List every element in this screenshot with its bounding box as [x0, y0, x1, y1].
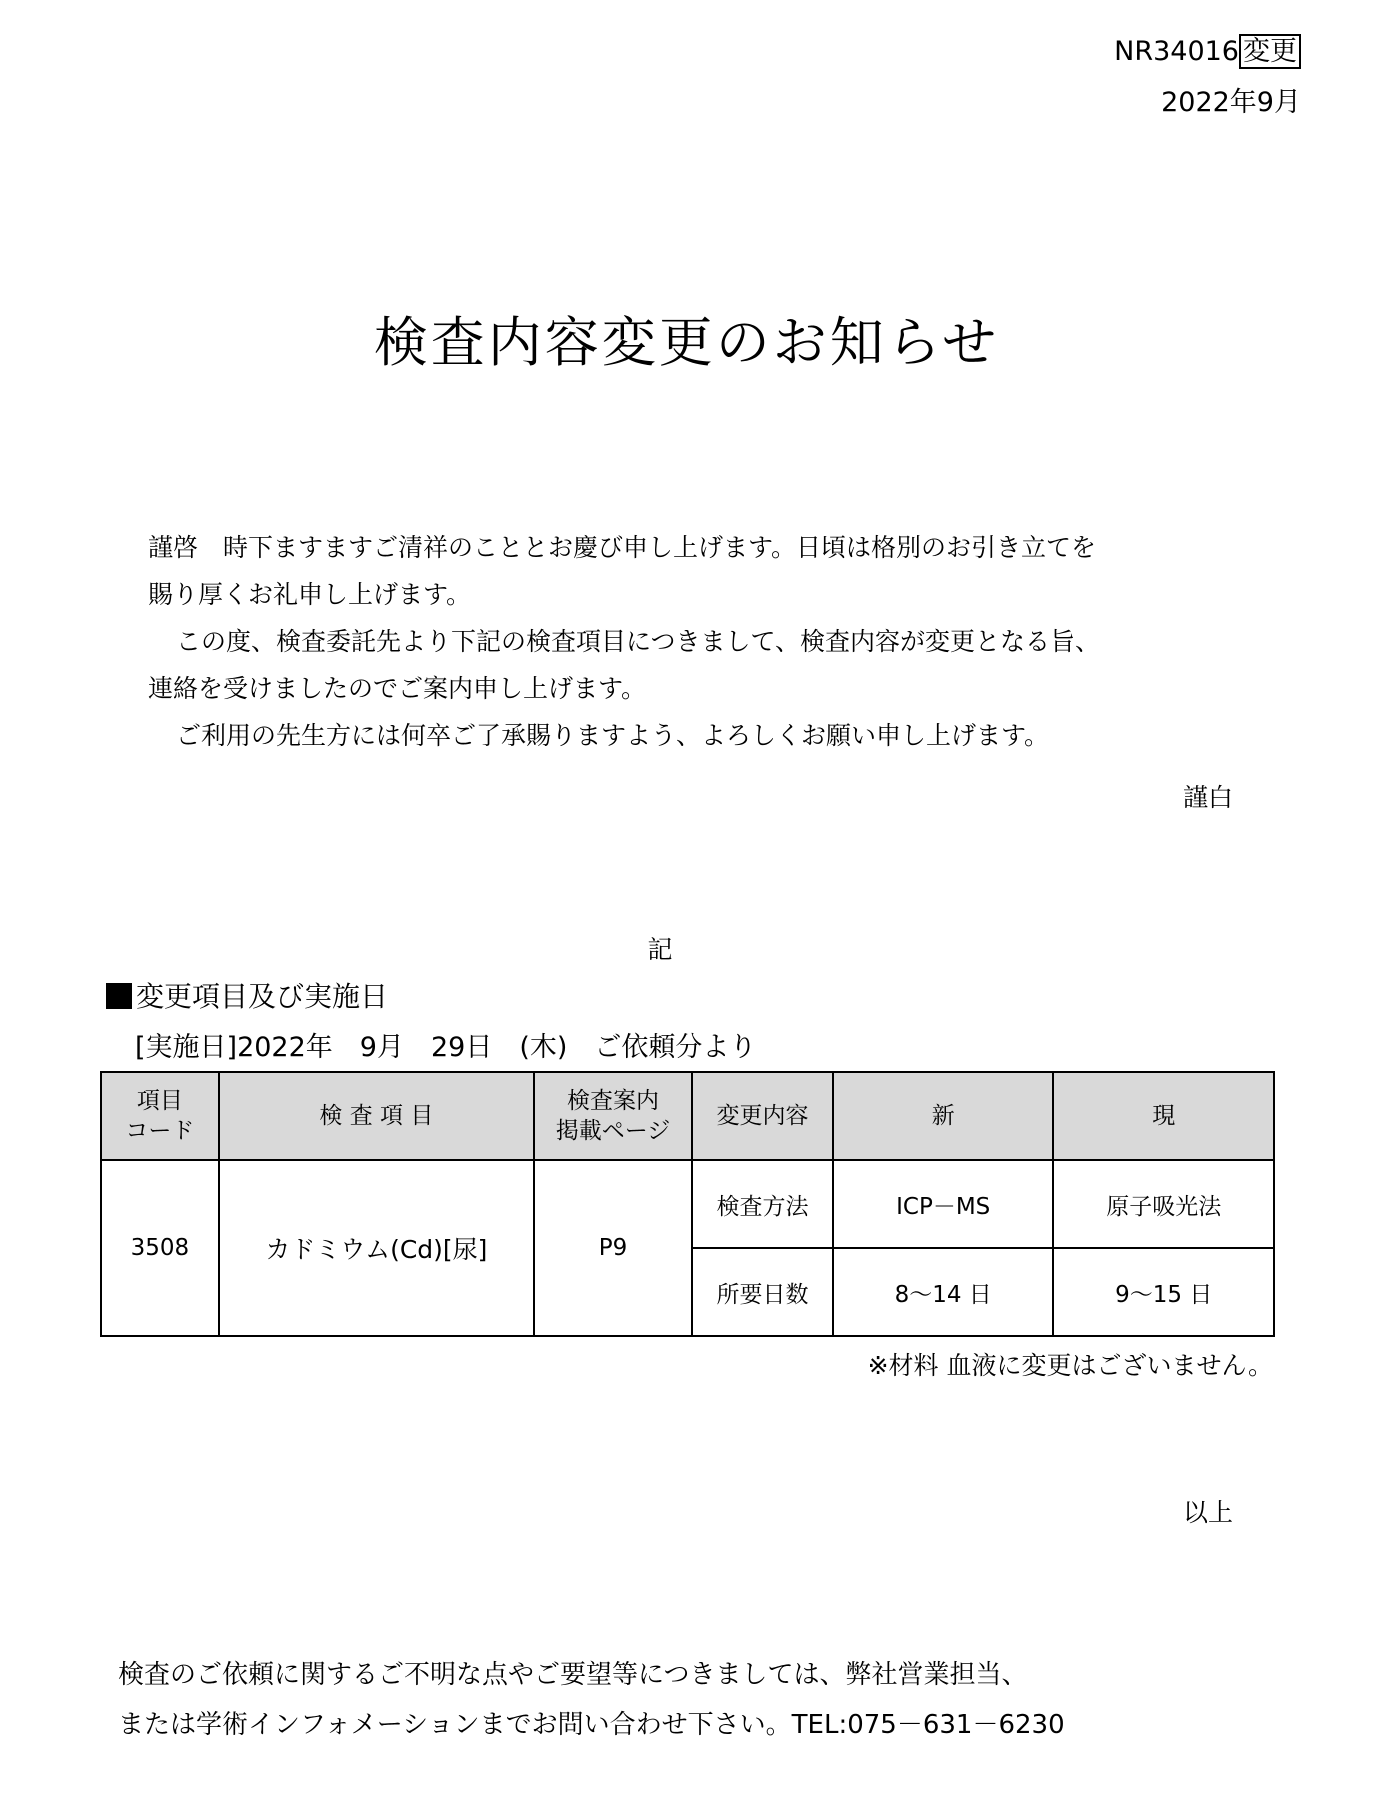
- table-header-row: 項目 コード 検 査 項 目 検査案内 掲載ページ 変更内容 新 現: [101, 1072, 1274, 1160]
- header-code-line2: コード: [102, 1116, 218, 1146]
- change-table: 項目 コード 検 査 項 目 検査案内 掲載ページ 変更内容 新 現 3508 …: [100, 1071, 1275, 1337]
- header-page-line1: 検査案内: [535, 1086, 691, 1116]
- document-date: 2022年9月: [1161, 80, 1301, 119]
- page-title: 検査内容変更のお知らせ: [0, 300, 1373, 377]
- cell-current: 9～15 日: [1053, 1248, 1274, 1336]
- letter-closing: 謹白: [1183, 778, 1233, 814]
- header-code: 項目 コード: [101, 1072, 219, 1160]
- letter-body: 謹啓 時下ますますご清祥のこととお慶び申し上げます。日頃は格別のお引き立てを 賜…: [148, 524, 1258, 759]
- cell-change-type: 検査方法: [692, 1160, 833, 1248]
- cell-new: 8～14 日: [833, 1248, 1054, 1336]
- cell-change-type: 所要日数: [692, 1248, 833, 1336]
- document-number: NR34016変更: [1114, 34, 1301, 69]
- letter-paragraph: 連絡を受けましたのでご案内申し上げます。: [148, 665, 1258, 712]
- header-item: 検 査 項 目: [219, 1072, 534, 1160]
- section-heading-text: 変更項目及び実施日: [136, 980, 388, 1013]
- header-new: 新: [833, 1072, 1054, 1160]
- implementation-date: [実施日]2022年 9月 29日 (木) ご依頼分より: [135, 1025, 756, 1064]
- header-code-line1: 項目: [102, 1086, 218, 1116]
- cell-new: ICP－MS: [833, 1160, 1054, 1248]
- header-change: 変更内容: [692, 1072, 833, 1160]
- black-square-icon: [106, 983, 132, 1009]
- material-note: ※材料 血液に変更はございません。: [868, 1346, 1273, 1382]
- letter-paragraph: この度、検査委託先より下記の検査項目につきまして、検査内容が変更となる旨、: [148, 618, 1258, 665]
- contact-line: または学術インフォメーションまでお問い合わせ下さい。TEL:075－631－62…: [118, 1700, 1065, 1750]
- letter-paragraph: 賜り厚くお礼申し上げます。: [148, 571, 1258, 618]
- contact-info: 検査のご依頼に関するご不明な点やご要望等につきましては、弊社営業担当、 または学…: [118, 1650, 1065, 1750]
- ki-marker: 記: [0, 930, 1320, 966]
- letter-paragraph: ご利用の先生方には何卒ご了承賜りますよう、よろしくお願い申し上げます。: [148, 712, 1258, 759]
- cell-page: P9: [534, 1160, 692, 1336]
- header-page-line2: 掲載ページ: [535, 1116, 691, 1146]
- letter-paragraph: 謹啓 時下ますますご清祥のこととお慶び申し上げます。日頃は格別のお引き立てを: [148, 524, 1258, 571]
- document-number-text: NR34016: [1114, 36, 1239, 67]
- change-badge: 変更: [1239, 34, 1301, 69]
- cell-current: 原子吸光法: [1053, 1160, 1274, 1248]
- header-current: 現: [1053, 1072, 1274, 1160]
- table-row: 3508 カドミウム(Cd)[尿] P9 検査方法 ICP－MS 原子吸光法: [101, 1160, 1274, 1248]
- contact-line: 検査のご依頼に関するご不明な点やご要望等につきましては、弊社営業担当、: [118, 1650, 1065, 1700]
- closing-mark: 以上: [1183, 1493, 1233, 1529]
- section-heading: 変更項目及び実施日: [106, 975, 388, 1015]
- header-page: 検査案内 掲載ページ: [534, 1072, 692, 1160]
- cell-item: カドミウム(Cd)[尿]: [219, 1160, 534, 1336]
- cell-code: 3508: [101, 1160, 219, 1336]
